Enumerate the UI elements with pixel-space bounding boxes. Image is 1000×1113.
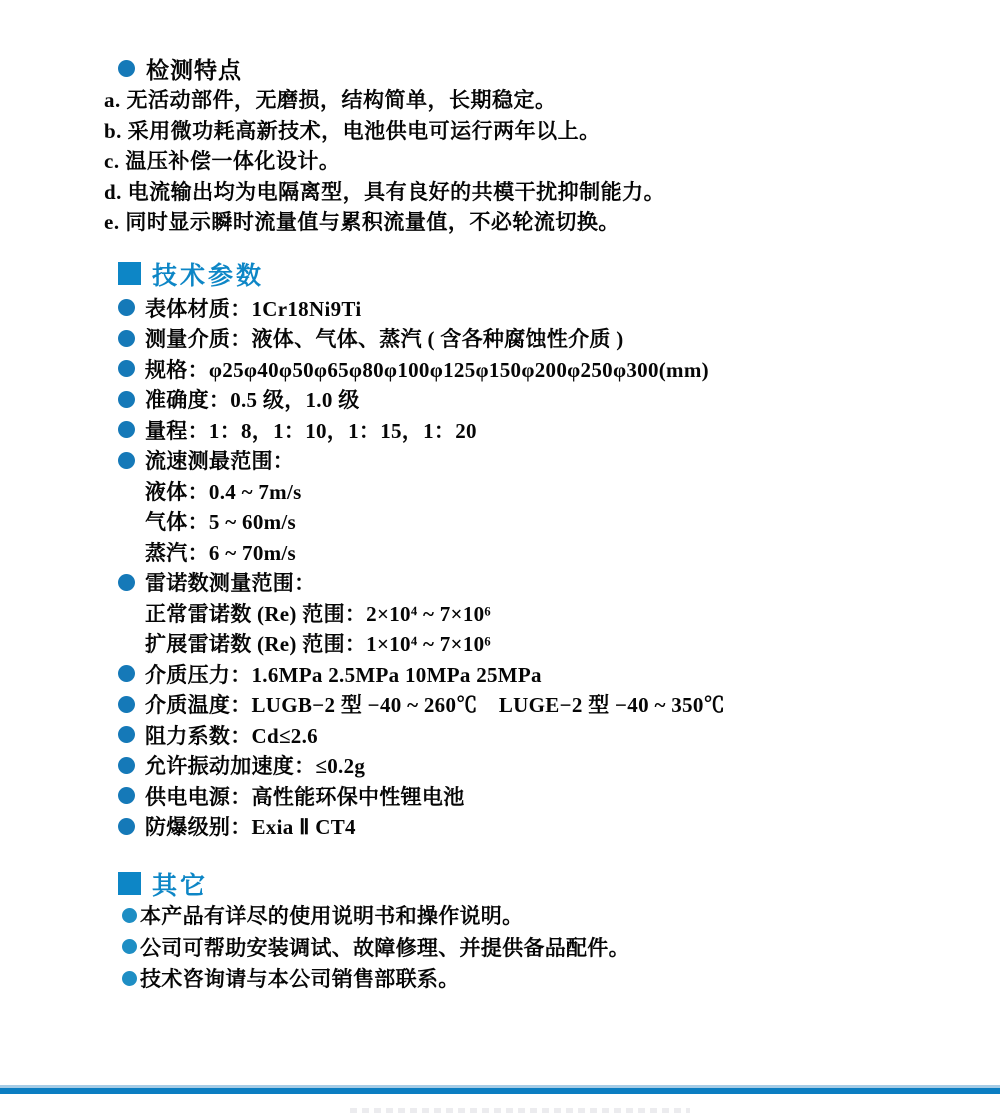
bullet-dot-icon [118, 60, 135, 77]
spec-subrow: 扩展雷诺数 (Re) 范围：1×10⁴ ~ 7×10⁶ [104, 628, 960, 659]
bullet-dot-icon [118, 787, 135, 804]
spec-subrow: 气体：5 ~ 60m/s [104, 506, 960, 537]
other-row: 公司可帮助安装调试、故障修理、并提供备品配件。 [104, 931, 960, 963]
spec-text: 阻力系数：Cd≤2.6 [145, 720, 318, 750]
bullet-dot-icon [118, 421, 135, 438]
feature-item: e. 同时显示瞬时流量值与累积流量值，不必轮流切换。 [104, 206, 960, 237]
tech-section-header: 技术参数 [118, 259, 960, 289]
feature-text: d. 电流输出均为电隔离型，具有良好的共模干扰抑制能力。 [104, 176, 665, 206]
spec-text: 扩展雷诺数 (Re) 范围：1×10⁴ ~ 7×10⁶ [145, 628, 491, 658]
other-text: 本产品有详尽的使用说明书和操作说明。 [140, 900, 523, 930]
spec-row: 准确度：0.5 级，1.0 级 [104, 384, 960, 415]
other-list: 本产品有详尽的使用说明书和操作说明。 公司可帮助安装调试、故障修理、并提供备品配… [104, 900, 960, 995]
other-row: 技术咨询请与本公司销售部联系。 [104, 963, 960, 995]
spec-row: 雷诺数测量范围： [104, 567, 960, 598]
bullet-dot-icon [118, 726, 135, 743]
spec-text: 允许振动加速度：≤0.2g [145, 750, 365, 780]
spec-text: 准确度：0.5 级，1.0 级 [145, 384, 360, 414]
spec-text: 介质压力：1.6MPa 2.5MPa 10MPa 25MPa [145, 659, 542, 689]
spec-row: 介质压力：1.6MPa 2.5MPa 10MPa 25MPa [104, 659, 960, 690]
features-title-row: 检测特点 [118, 52, 960, 84]
bullet-dot-icon [118, 665, 135, 682]
bullet-dot-icon [118, 330, 135, 347]
spec-row: 介质温度：LUGB−2 型 −40 ~ 260℃ LUGE−2 型 −40 ~ … [104, 689, 960, 720]
feature-item: c. 温压补偿一体化设计。 [104, 145, 960, 176]
spec-row: 供电电源：高性能环保中性锂电池 [104, 781, 960, 812]
feature-text: e. 同时显示瞬时流量值与累积流量值，不必轮流切换。 [104, 206, 620, 236]
spec-text: 正常雷诺数 (Re) 范围：2×10⁴ ~ 7×10⁶ [145, 598, 491, 628]
tech-section-title: 技术参数 [152, 256, 264, 292]
spec-text: 表体材质：1Cr18Ni9Ti [145, 293, 361, 323]
other-row: 本产品有详尽的使用说明书和操作说明。 [104, 900, 960, 932]
spec-row: 量程：1：8，1：10，1：15，1：20 [104, 415, 960, 446]
spec-subrow: 蒸汽：6 ~ 70m/s [104, 537, 960, 568]
other-section-header: 其它 [118, 870, 960, 898]
tech-spec-list: 表体材质：1Cr18Ni9Ti 测量介质：液体、气体、蒸汽 ( 含各种腐蚀性介质… [104, 293, 960, 842]
spec-row: 表体材质：1Cr18Ni9Ti [104, 293, 960, 324]
feature-item: d. 电流输出均为电隔离型，具有良好的共模干扰抑制能力。 [104, 176, 960, 207]
other-section-title: 其它 [152, 866, 208, 902]
bullet-dot-icon [118, 757, 135, 774]
footer-divider-bar [0, 1085, 1000, 1094]
bullet-dot-icon [122, 971, 137, 986]
section-marker-square-icon [118, 872, 141, 895]
bullet-dot-icon [118, 452, 135, 469]
bullet-dot-icon [122, 939, 137, 954]
feature-text: a. 无活动部件，无磨损，结构简单，长期稳定。 [104, 84, 557, 114]
spec-text: 量程：1：8，1：10，1：15，1：20 [145, 415, 477, 445]
spec-text: 气体：5 ~ 60m/s [145, 506, 296, 536]
spec-subrow: 正常雷诺数 (Re) 范围：2×10⁴ ~ 7×10⁶ [104, 598, 960, 629]
spec-text: 介质温度：LUGB−2 型 −40 ~ 260℃ LUGE−2 型 −40 ~ … [145, 689, 725, 719]
spec-row: 防爆级别：Exia Ⅱ CT4 [104, 811, 960, 842]
spec-text: 雷诺数测量范围： [145, 567, 315, 597]
other-text: 公司可帮助安装调试、故障修理、并提供备品配件。 [140, 932, 630, 962]
spec-subrow: 液体：0.4 ~ 7m/s [104, 476, 960, 507]
bullet-dot-icon [118, 391, 135, 408]
bullet-dot-icon [118, 360, 135, 377]
page-content: 检测特点 a. 无活动部件，无磨损，结构简单，长期稳定。 b. 采用微功耗高新技… [104, 52, 960, 994]
spec-text: 蒸汽：6 ~ 70m/s [145, 537, 296, 567]
spec-text: 流速测最范围： [145, 445, 294, 475]
footer-text-cutoff [350, 1108, 690, 1113]
feature-item: a. 无活动部件，无磨损，结构简单，长期稳定。 [104, 84, 960, 115]
spec-text: 测量介质：液体、气体、蒸汽 ( 含各种腐蚀性介质 ) [145, 323, 624, 353]
feature-text: b. 采用微功耗高新技术，电池供电可运行两年以上。 [104, 115, 601, 145]
other-text: 技术咨询请与本公司销售部联系。 [140, 963, 460, 993]
bullet-dot-icon [122, 908, 137, 923]
bullet-dot-icon [118, 299, 135, 316]
spec-row: 允许振动加速度：≤0.2g [104, 750, 960, 781]
spec-text: 液体：0.4 ~ 7m/s [145, 476, 302, 506]
features-title: 检测特点 [146, 52, 242, 85]
spec-row: 阻力系数：Cd≤2.6 [104, 720, 960, 751]
spec-row: 规格：φ25φ40φ50φ65φ80φ100φ125φ150φ200φ250φ3… [104, 354, 960, 385]
section-marker-square-icon [118, 262, 141, 285]
bullet-dot-icon [118, 574, 135, 591]
spec-text: 防爆级别：Exia Ⅱ CT4 [145, 811, 356, 841]
bullet-dot-icon [118, 818, 135, 835]
bullet-dot-icon [118, 696, 135, 713]
feature-text: c. 温压补偿一体化设计。 [104, 145, 340, 175]
spec-row: 测量介质：液体、气体、蒸汽 ( 含各种腐蚀性介质 ) [104, 323, 960, 354]
spec-text: 规格：φ25φ40φ50φ65φ80φ100φ125φ150φ200φ250φ3… [145, 354, 709, 384]
feature-item: b. 采用微功耗高新技术，电池供电可运行两年以上。 [104, 115, 960, 146]
spec-row: 流速测最范围： [104, 445, 960, 476]
spec-text: 供电电源：高性能环保中性锂电池 [145, 781, 465, 811]
